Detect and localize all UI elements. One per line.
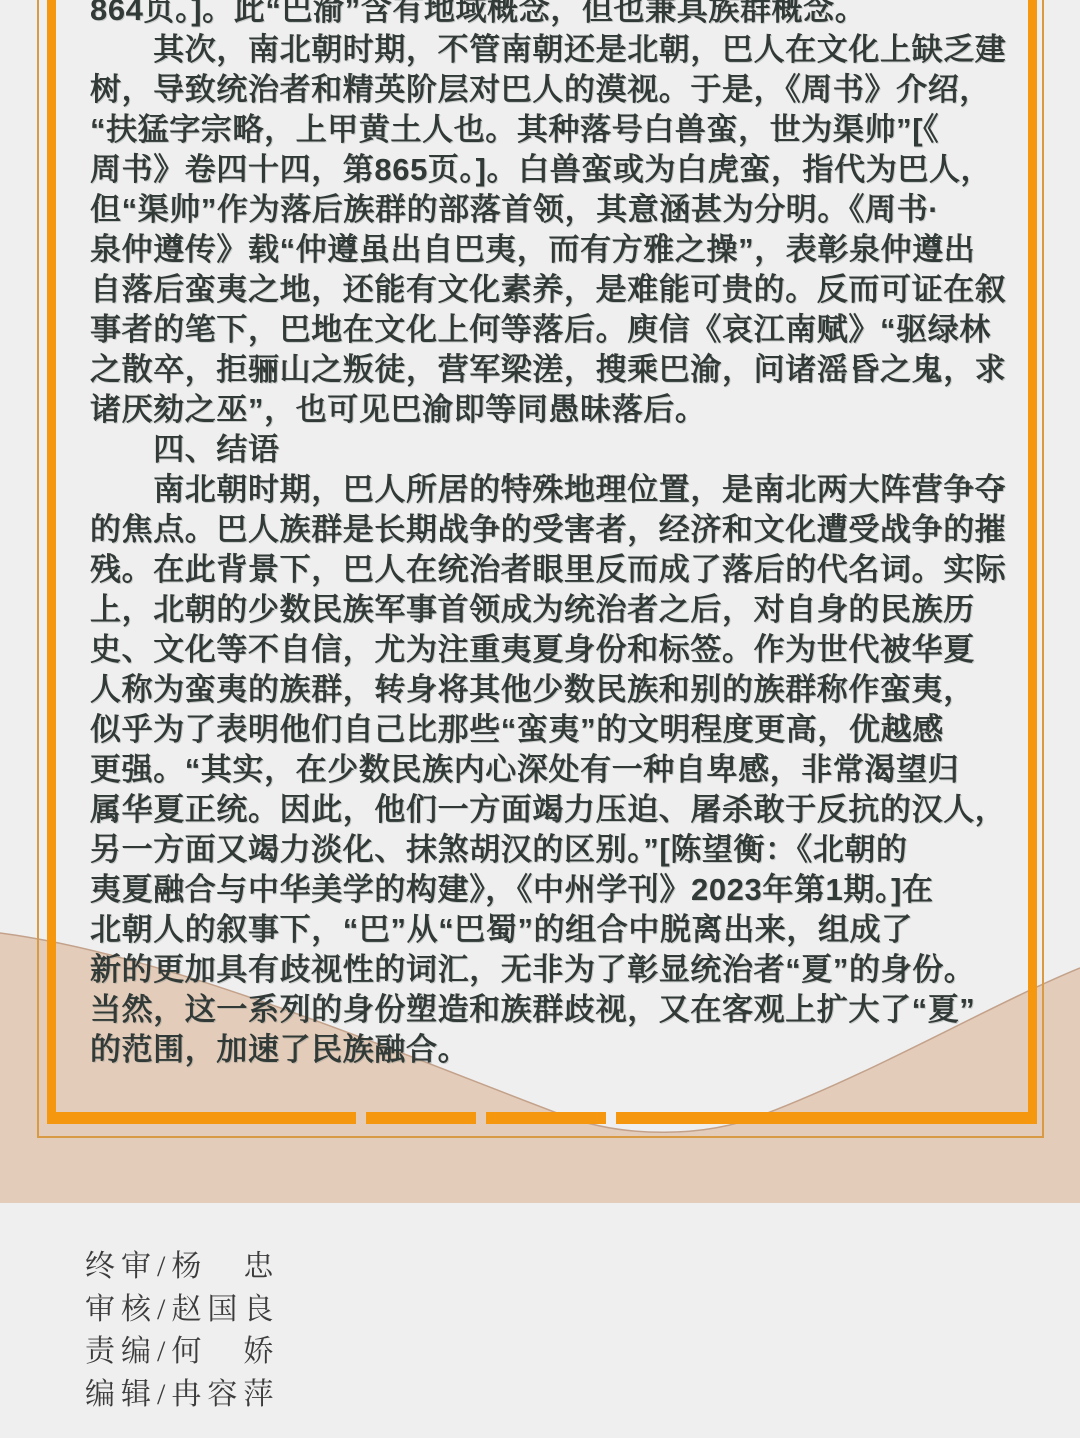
article-text-line: 夷夏融合与中华美学的构建》，《中州学刊》2023年第1期。]在 [90, 870, 1022, 910]
page: { "page": { "background": "#efeff0" }, "… [0, 0, 1080, 1438]
article-text-line: 当然，这一系列的身份塑造和族群歧视，又在客观上扩大了“夏” [90, 990, 1022, 1030]
frame-thick-border-bottom-segment [486, 1112, 606, 1124]
article-text-line: 北朝人的叙事下，“巴”从“巴蜀”的组合中脱离出来，组成了 [90, 910, 1022, 950]
frame-thick-border-right [1028, 0, 1037, 1112]
article-text-line: 更强。“其实，在少数民族内心深处有一种自卑感，非常渴望归 [90, 750, 1022, 790]
credit-line: 编辑/冉容萍 [85, 1374, 279, 1417]
article-text-line: 的范围，加速了民族融合。 [90, 1030, 1022, 1070]
frame-thick-border-bottom-segment [47, 1112, 356, 1124]
article-text-line: 诸厌劾之巫”，也可见巴渝即等同愚昧落后。 [90, 390, 1022, 430]
frame-thin-border-left [37, 0, 39, 1138]
article-text-line: 之散卒，拒骊山之叛徒，营军梁溠，搜乘巴渝，问诸滛昏之鬼，求 [90, 350, 1022, 390]
article-text-line: 864页。]。此“巴渝”含有地域概念，但也兼具族群概念。 [90, 0, 1022, 30]
article-text-line: 属华夏正统。因此，他们一方面竭力压迫、屠杀敢于反抗的汉人， [90, 790, 1022, 830]
frame-thick-border-bottom-segment [366, 1112, 476, 1124]
frame-thick-border-left [47, 0, 56, 1112]
article-text-line: 自落后蛮夷之地，还能有文化素养，是难能可贵的。反而可证在叙 [90, 270, 1022, 310]
article-text-line: 新的更加具有歧视性的词汇，无非为了彰显统治者“夏”的身份。 [90, 950, 1022, 990]
article-text-line: 但“渠帅”作为落后族群的部落首领，其意涵甚为分明。《周书· [90, 190, 1022, 230]
article-text-line: 四、结语 [90, 430, 1022, 470]
article-text-line: 的焦点。巴人族群是长期战争的受害者，经济和文化遭受战争的摧 [90, 510, 1022, 550]
article-text-line: 上，北朝的少数民族军事首领成为统治者之后，对自身的民族历 [90, 590, 1022, 630]
credit-line: 责编/何 娇 [85, 1331, 279, 1374]
article-text-line: 泉仲遵传》载“仲遵虽出自巴夷，而有方雅之操”，表彰泉仲遵出 [90, 230, 1022, 270]
article-text-line: 史、文化等不自信，尤为注重夷夏身份和标签。作为世代被华夏 [90, 630, 1022, 670]
article-text-line: 树，导致统治者和精英阶层对巴人的漠视。于是，《周书》介绍， [90, 70, 1022, 110]
article-text-line: 残。在此背景下，巴人在统治者眼里反而成了落后的代名词。实际 [90, 550, 1022, 590]
frame-thick-border-bottom-segment [616, 1112, 1037, 1124]
frame-thin-border-bottom [37, 1136, 1044, 1138]
credits-block: 终审/杨 忠审核/赵国良责编/何 娇编辑/冉容萍 [85, 1246, 279, 1416]
article-text: 864页。]。此“巴渝”含有地域概念，但也兼具族群概念。 其次，南北朝时期，不管… [90, 0, 1022, 1070]
article-text-line: 似乎为了表明他们自己比那些“蛮夷”的文明程度更高，优越感 [90, 710, 1022, 750]
article-text-line: 另一方面又竭力淡化、抹煞胡汉的区别。”[陈望衡：《北朝的 [90, 830, 1022, 870]
article-text-line: 南北朝时期，巴人所居的特殊地理位置，是南北两大阵营争夺 [90, 470, 1022, 510]
article-text-line: 周书》卷四十四，第865页。]。白兽蛮或为白虎蛮，指代为巴人， [90, 150, 1022, 190]
article-text-line: 其次，南北朝时期，不管南朝还是北朝，巴人在文化上缺乏建 [90, 30, 1022, 70]
frame-thin-border-right [1042, 0, 1044, 1138]
article-text-line: “扶猛字宗略，上甲黄土人也。其种落号白兽蛮，世为渠帅”[《 [90, 110, 1022, 150]
credit-line: 审核/赵国良 [85, 1289, 279, 1332]
credit-line: 终审/杨 忠 [85, 1246, 279, 1289]
article-text-line: 人称为蛮夷的族群，转身将其他少数民族和别的族群称作蛮夷， [90, 670, 1022, 710]
article-text-line: 事者的笔下，巴地在文化上何等落后。庾信《哀江南赋》“驱绿林 [90, 310, 1022, 350]
